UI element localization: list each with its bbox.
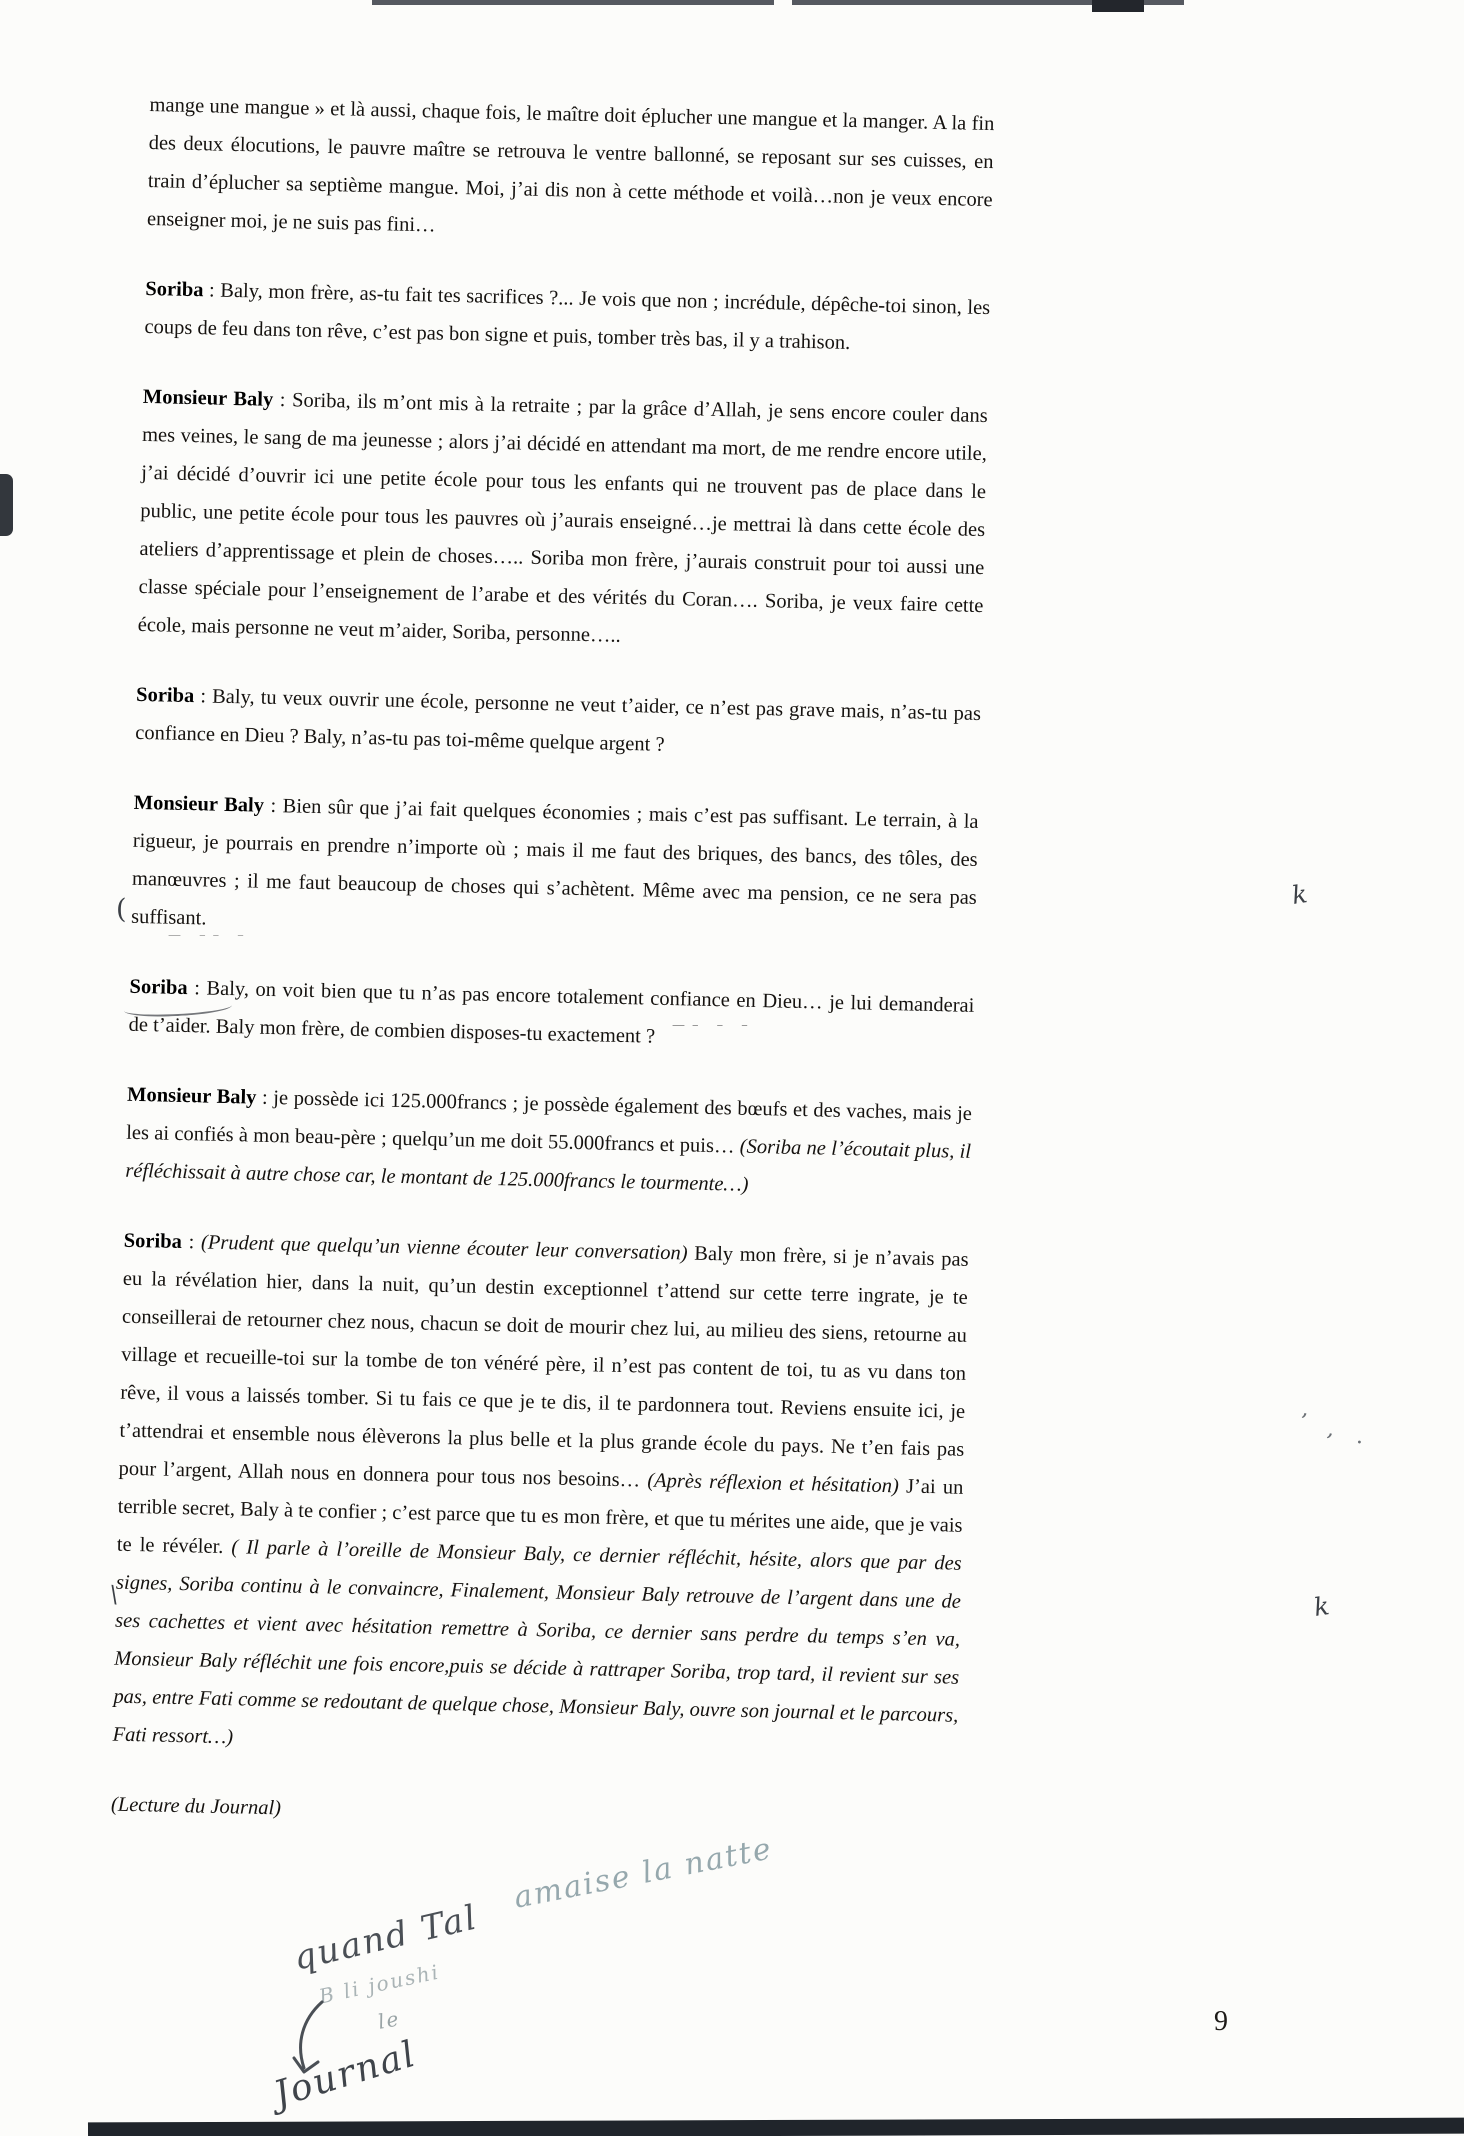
speaker-name: Monsieur Baly [133,792,264,817]
margin-pen-mark: ’ , . [1296,1409,1375,1451]
stage-direction: ( Il parle à l’oreille de Monsieur Baly,… [112,1536,962,1748]
handwritten-note: quand Tal [290,1897,482,1978]
dialogue-text: Baly, on voit bien que tu n’as pas encor… [128,978,974,1048]
speaker-name: Soriba [145,278,204,301]
dialogue-text: mange une mangue » et là aussi, chaque f… [147,94,995,237]
scan-artifact-bottom [88,2118,1464,2136]
scan-artifact-top [372,0,774,5]
speaker-name: Soriba [129,976,188,999]
margin-pen-mark: k [1312,1591,1331,1622]
stage-direction: (Prudent que quelqu’un vienne écouter le… [201,1231,695,1264]
scan-artifact-top [1092,0,1144,12]
dialogue-paragraph: Monsieur Baly : je possède ici 125.000fr… [125,1076,972,1209]
paragraph: mange une mangue » et là aussi, chaque f… [147,86,995,257]
margin-pen-mark: ( [116,894,127,925]
dialogue-block: mange une mangue » et là aussi, chaque f… [110,86,995,1875]
dialogue-text: Soriba, ils m’ont mis à la retraite ; pa… [138,389,988,647]
dialogue-paragraph: Soriba : Baly, tu veux ouvrir une école,… [135,676,982,771]
stage-direction: (Après réflexion et hésitation) [647,1470,906,1498]
page-number: 9 [1214,2006,1228,2038]
dialogue-paragraph: Soriba : (Prudent que quelqu’un vienne é… [112,1222,969,1773]
handwritten-arrow-icon [290,1998,332,2087]
dialogue-paragraph: Soriba : Baly, mon frère, as-tu fait tes… [144,270,991,365]
speaker-name: Soriba [124,1230,183,1253]
pen-dash-mark: —– – – [672,1018,755,1033]
dialogue-text: Baly, mon frère, as-tu fait tes sacrific… [144,280,990,354]
scanned-script-page: mange une mangue » et là aussi, chaque f… [0,0,1464,2136]
dialogue-text: Baly, tu veux ouvrir une école, personne… [135,686,981,756]
paragraph: (Lecture du Journal) [111,1786,957,1843]
handwritten-note-faint: le [376,2006,402,2033]
dialogue-text: Baly mon frère, si je n’avais pas eu la … [118,1243,968,1492]
dialogue-paragraph: Monsieur Baly : Soriba, ils m’ont mis à … [137,378,988,663]
speaker-name: Monsieur Baly [127,1084,257,1109]
speaker-name: Soriba [136,684,195,707]
margin-pen-mark: k [1290,879,1309,910]
dialogue-paragraph: Monsieur Baly : Bien sûr que j’ai fait q… [131,784,979,955]
speaker-name: Monsieur Baly [143,386,274,411]
pen-dash-mark: — –– – [168,928,251,943]
dialogue-paragraph: Soriba : Baly, on voit bien que tu n’as … [128,968,975,1063]
scan-artifact-left [0,474,13,536]
stage-direction: (Lecture du Journal) [111,1794,282,1820]
